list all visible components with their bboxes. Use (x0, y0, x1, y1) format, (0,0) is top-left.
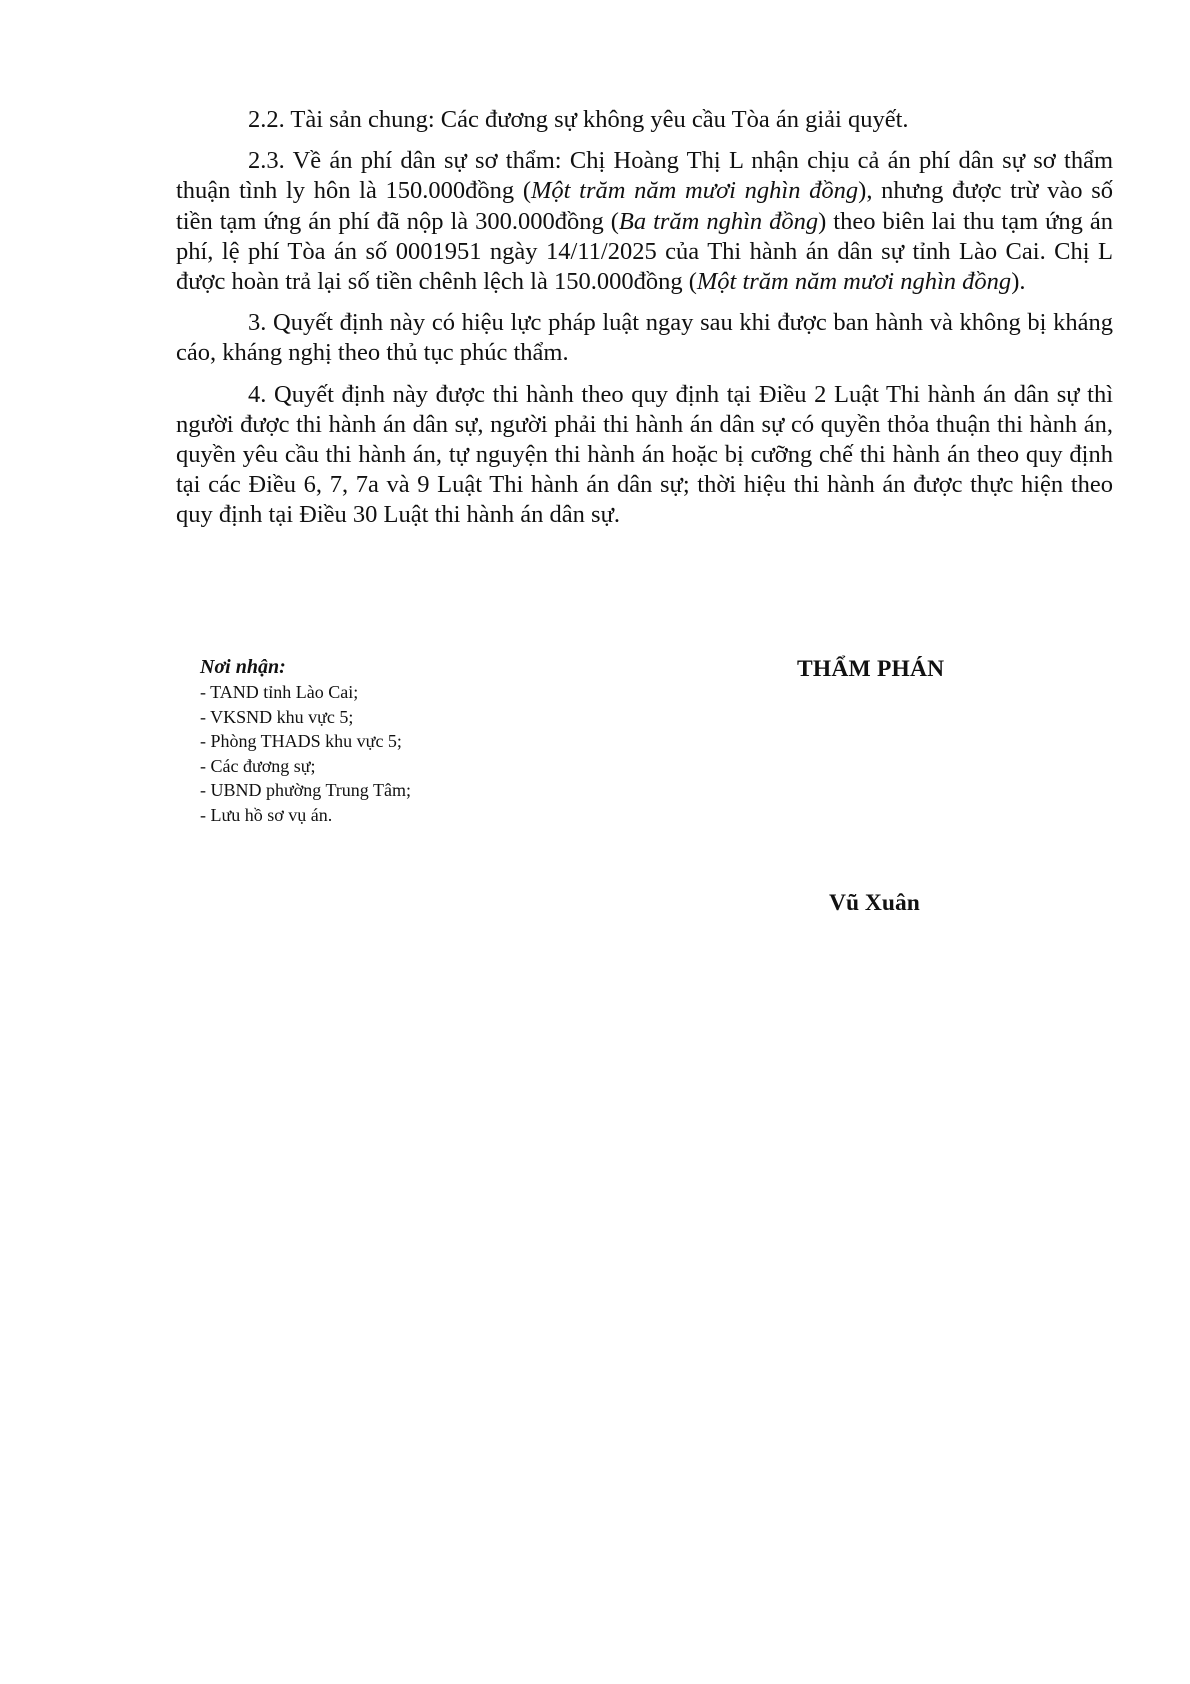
recipient-item: - Lưu hồ sơ vụ án. (200, 803, 411, 828)
court-fee-amount-in-words: Một trăm năm mươi nghìn đồng (531, 177, 858, 204)
signer-name: Vũ Xuân (829, 890, 920, 917)
refund-amount-in-words: Một trăm năm mươi nghìn đồng (697, 268, 1011, 295)
recipient-item: - Các đương sự; (200, 754, 411, 779)
recipient-item: - Phòng THADS khu vực 5; (200, 729, 411, 754)
paragraph-3-text: 3. Quyết định này có hiệu lực pháp luật … (176, 309, 1113, 366)
paragraph-2-2: 2.2. Tài sản chung: Các đương sự không y… (176, 105, 1113, 135)
advance-fee-amount-in-words: Ba trăm nghìn đồng (619, 208, 818, 235)
paragraph-4-text: 4. Quyết định này được thi hành theo quy… (176, 381, 1113, 529)
paragraph-3-effect: 3. Quyết định này có hiệu lực pháp luật … (176, 308, 1113, 368)
recipient-item: - VKSND khu vực 5; (200, 705, 411, 730)
signer-title: THẨM PHÁN (797, 656, 944, 683)
paragraph-4-enforcement: 4. Quyết định này được thi hành theo quy… (176, 380, 1113, 531)
document-page: 2.2. Tài sản chung: Các đương sự không y… (0, 0, 1190, 1684)
refund-closing: ). (1011, 268, 1025, 295)
paragraph-2-3-court-fee: 2.3. Về án phí dân sự sơ thẩm: Chị Hoàng… (176, 146, 1113, 297)
recipient-item: - TAND tỉnh Lào Cai; (200, 680, 411, 705)
recipient-item: - UBND phường Trung Tâm; (200, 778, 411, 803)
recipients-title: Nơi nhận: (200, 654, 411, 680)
paragraph-2-2-text: 2.2. Tài sản chung: Các đương sự không y… (248, 106, 909, 133)
recipients-block: Nơi nhận: - TAND tỉnh Lào Cai; - VKSND k… (200, 654, 411, 828)
decision-body: 2.2. Tài sản chung: Các đương sự không y… (176, 105, 1113, 531)
recipients-list: - TAND tỉnh Lào Cai; - VKSND khu vực 5; … (200, 680, 411, 828)
